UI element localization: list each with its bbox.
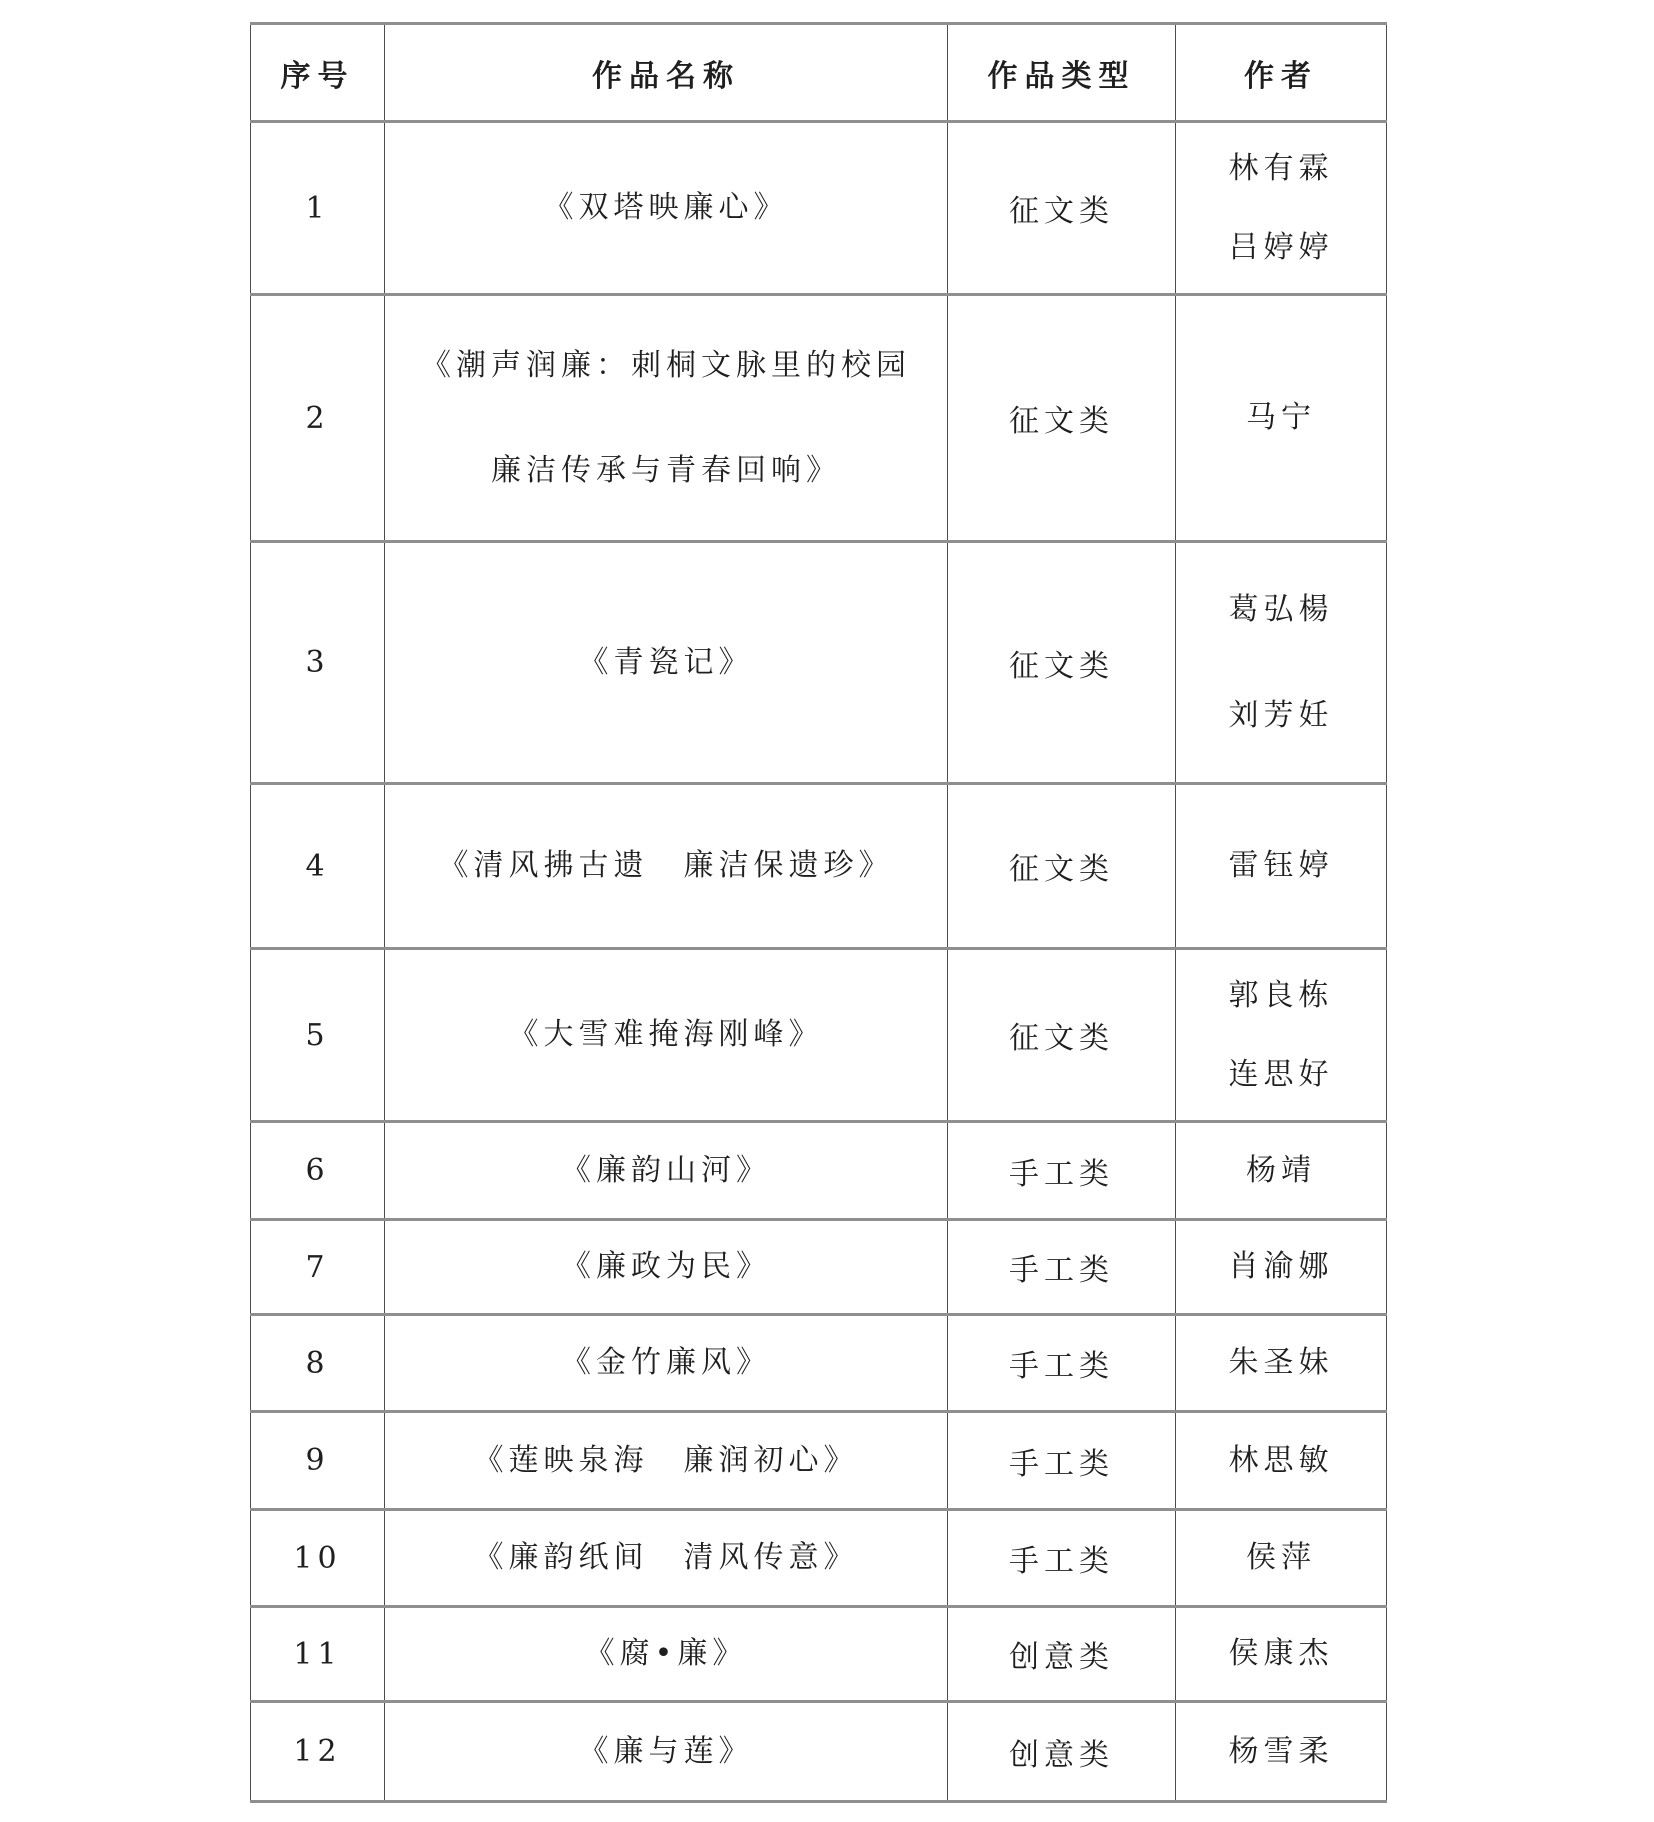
author-name: 杨雪柔 <box>1182 1733 1380 1771</box>
author-name: 侯康杰 <box>1182 1635 1380 1673</box>
works-table: 序号 作品名称 作品类型 作者 1 《双塔映廉心》 征文类 林有霖 吕婷婷 2 <box>250 22 1387 1803</box>
work-type-cell: 手工类 <box>948 1220 1176 1315</box>
table-row: 9 《莲映泉海 廉润初心》 手工类 林思敏 <box>251 1412 1387 1510</box>
work-title: 《清风拂古遗 廉洁保遗珍》 <box>391 847 941 885</box>
row-number-cell: 11 <box>251 1607 385 1702</box>
table-row: 5 《大雪难掩海刚峰》 征文类 郭良栋 连思好 <box>251 949 1387 1122</box>
author-name: 杨靖 <box>1182 1152 1380 1190</box>
author-name: 马宁 <box>1182 399 1380 437</box>
header-row: 序号 作品名称 作品类型 作者 <box>251 24 1387 122</box>
work-type-cell: 征文类 <box>948 949 1176 1122</box>
row-number-cell: 9 <box>251 1412 385 1510</box>
row-number-cell: 10 <box>251 1510 385 1607</box>
author-cell: 朱圣妹 <box>1176 1315 1387 1412</box>
author-name: 林思敏 <box>1182 1442 1380 1480</box>
work-type-cell: 手工类 <box>948 1510 1176 1607</box>
work-title: 《腐•廉》 <box>391 1635 941 1673</box>
col-header-number: 序号 <box>251 24 385 122</box>
author-cell: 郭良栋 连思好 <box>1176 949 1387 1122</box>
table-row: 6 《廉韵山河》 手工类 杨靖 <box>251 1122 1387 1220</box>
author-name: 吕婷婷 <box>1182 229 1380 267</box>
table-row: 12 《廉与莲》 创意类 杨雪柔 <box>251 1702 1387 1802</box>
row-number-cell: 5 <box>251 949 385 1122</box>
work-title: 《金竹廉风》 <box>391 1344 941 1382</box>
work-title-cell: 《廉韵山河》 <box>385 1122 948 1220</box>
table-row: 7 《廉政为民》 手工类 肖渝娜 <box>251 1220 1387 1315</box>
author-cell: 林有霖 吕婷婷 <box>1176 122 1387 295</box>
col-header-type: 作品类型 <box>948 24 1176 122</box>
author-name: 郭良栋 <box>1182 977 1380 1015</box>
author-name: 肖渝娜 <box>1182 1248 1380 1286</box>
row-number-cell: 7 <box>251 1220 385 1315</box>
work-title: 《潮声润廉：刺桐文脉里的校园 <box>391 347 941 385</box>
table-row: 10 《廉韵纸间 清风传意》 手工类 侯萍 <box>251 1510 1387 1607</box>
author-name: 刘芳妊 <box>1182 697 1380 735</box>
work-title-cell: 《廉政为民》 <box>385 1220 948 1315</box>
work-title-cell: 《青瓷记》 <box>385 542 948 784</box>
row-number-cell: 12 <box>251 1702 385 1802</box>
row-number-cell: 1 <box>251 122 385 295</box>
work-title: 《廉韵山河》 <box>391 1152 941 1190</box>
author-name: 葛弘楊 <box>1182 591 1380 629</box>
work-title-cell: 《金竹廉风》 <box>385 1315 948 1412</box>
table-row: 8 《金竹廉风》 手工类 朱圣妹 <box>251 1315 1387 1412</box>
work-title: 廉洁传承与青春回响》 <box>391 452 941 490</box>
work-title-cell: 《潮声润廉：刺桐文脉里的校园 廉洁传承与青春回响》 <box>385 295 948 542</box>
work-type-cell: 创意类 <box>948 1702 1176 1802</box>
row-number-cell: 2 <box>251 295 385 542</box>
col-header-author: 作者 <box>1176 24 1387 122</box>
document-page: 序号 作品名称 作品类型 作者 1 《双塔映廉心》 征文类 林有霖 吕婷婷 2 <box>0 0 1654 1822</box>
row-number-cell: 6 <box>251 1122 385 1220</box>
work-type-cell: 征文类 <box>948 784 1176 949</box>
col-header-title: 作品名称 <box>385 24 948 122</box>
work-type-cell: 创意类 <box>948 1607 1176 1702</box>
work-title-cell: 《大雪难掩海刚峰》 <box>385 949 948 1122</box>
author-name: 连思好 <box>1182 1056 1380 1094</box>
work-title: 《莲映泉海 廉润初心》 <box>391 1442 941 1480</box>
table-row: 3 《青瓷记》 征文类 葛弘楊 刘芳妊 <box>251 542 1387 784</box>
row-number-cell: 3 <box>251 542 385 784</box>
work-title: 《双塔映廉心》 <box>391 189 941 227</box>
row-number-cell: 8 <box>251 1315 385 1412</box>
author-cell: 马宁 <box>1176 295 1387 542</box>
author-cell: 侯康杰 <box>1176 1607 1387 1702</box>
row-number-cell: 4 <box>251 784 385 949</box>
work-type-cell: 手工类 <box>948 1122 1176 1220</box>
author-cell: 杨雪柔 <box>1176 1702 1387 1802</box>
table-row: 4 《清风拂古遗 廉洁保遗珍》 征文类 雷钰婷 <box>251 784 1387 949</box>
author-cell: 侯萍 <box>1176 1510 1387 1607</box>
table-row: 1 《双塔映廉心》 征文类 林有霖 吕婷婷 <box>251 122 1387 295</box>
work-title: 《廉政为民》 <box>391 1248 941 1286</box>
work-type-cell: 征文类 <box>948 542 1176 784</box>
author-cell: 雷钰婷 <box>1176 784 1387 949</box>
author-name: 朱圣妹 <box>1182 1344 1380 1382</box>
author-cell: 葛弘楊 刘芳妊 <box>1176 542 1387 784</box>
work-title-cell: 《廉与莲》 <box>385 1702 948 1802</box>
work-title-cell: 《莲映泉海 廉润初心》 <box>385 1412 948 1510</box>
work-title: 《廉与莲》 <box>391 1733 941 1771</box>
work-type-cell: 手工类 <box>948 1315 1176 1412</box>
table-row: 2 《潮声润廉：刺桐文脉里的校园 廉洁传承与青春回响》 征文类 马宁 <box>251 295 1387 542</box>
work-title-cell: 《双塔映廉心》 <box>385 122 948 295</box>
work-title: 《大雪难掩海刚峰》 <box>391 1016 941 1054</box>
author-name: 雷钰婷 <box>1182 847 1380 885</box>
author-name: 林有霖 <box>1182 150 1380 188</box>
author-cell: 杨靖 <box>1176 1122 1387 1220</box>
work-title-cell: 《清风拂古遗 廉洁保遗珍》 <box>385 784 948 949</box>
work-type-cell: 手工类 <box>948 1412 1176 1510</box>
work-type-cell: 征文类 <box>948 295 1176 542</box>
work-type-cell: 征文类 <box>948 122 1176 295</box>
work-title: 《青瓷记》 <box>391 644 941 682</box>
author-cell: 林思敏 <box>1176 1412 1387 1510</box>
table-row: 11 《腐•廉》 创意类 侯康杰 <box>251 1607 1387 1702</box>
work-title: 《廉韵纸间 清风传意》 <box>391 1539 941 1577</box>
author-name: 侯萍 <box>1182 1539 1380 1577</box>
work-title-cell: 《腐•廉》 <box>385 1607 948 1702</box>
work-title-cell: 《廉韵纸间 清风传意》 <box>385 1510 948 1607</box>
author-cell: 肖渝娜 <box>1176 1220 1387 1315</box>
